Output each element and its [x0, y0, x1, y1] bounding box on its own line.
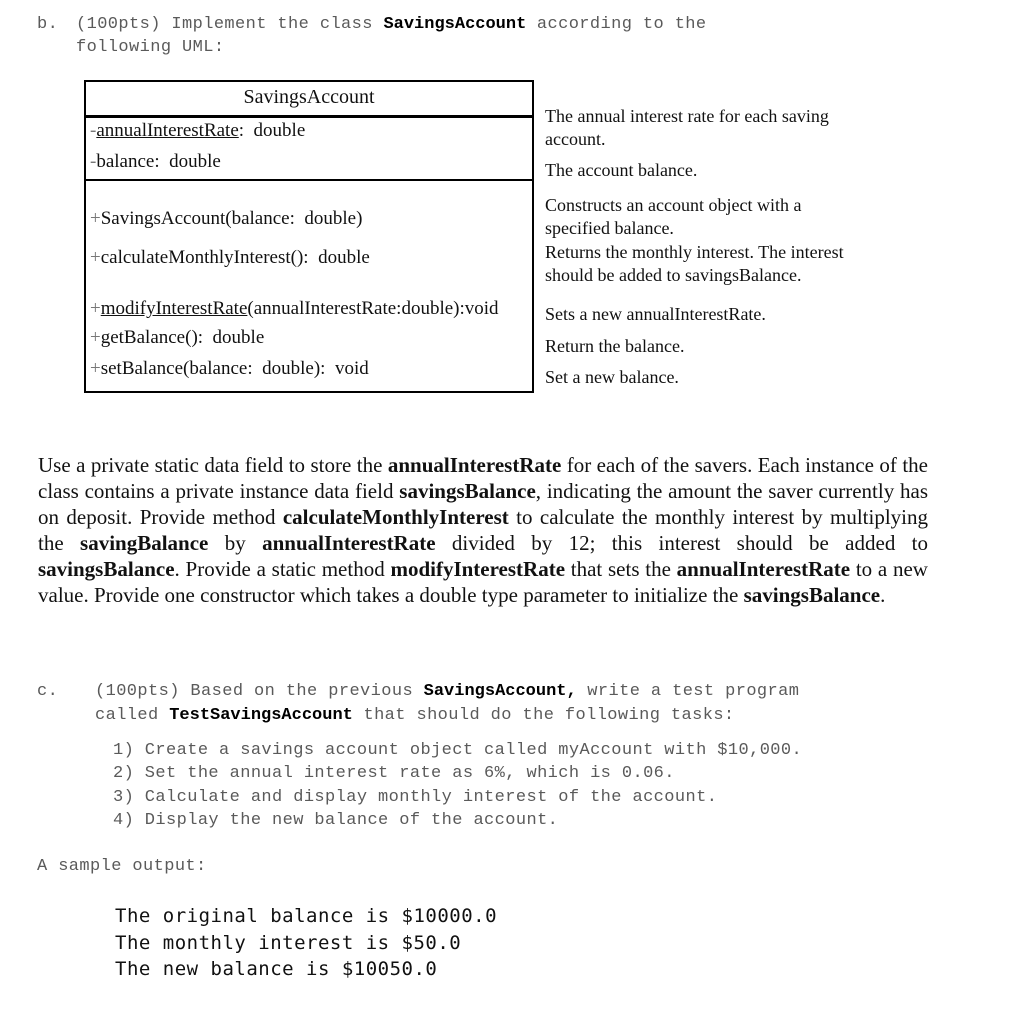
- uml-field: -annualInterestRate: double: [90, 120, 305, 142]
- uml-method-name: modifyInterestRate: [101, 298, 248, 319]
- sample-output-line: The new balance is $10050.0: [115, 958, 437, 980]
- uml-description: account.: [545, 128, 605, 151]
- uml-divider-name: [86, 115, 532, 118]
- visibility-public: +: [90, 208, 101, 229]
- uml-field-name: annualInterestRate: [96, 120, 238, 141]
- uml-class-name: SavingsAccount: [86, 86, 532, 109]
- section-c-prefix: (100pts) Based on the previous: [95, 682, 424, 701]
- visibility-public: +: [90, 358, 101, 379]
- section-b-suffix: according to the: [526, 15, 706, 34]
- paragraph-text: .: [880, 583, 885, 607]
- uml-description: Returns the monthly interest. The intere…: [545, 241, 844, 264]
- class-name-bold: SavingsAccount,: [424, 682, 577, 701]
- section-c-suffix: write a test program: [577, 682, 800, 701]
- sample-output-line: The monthly interest is $50.0: [115, 932, 461, 954]
- uml-method-signature: setBalance(balance: double): void: [101, 358, 369, 379]
- uml-method-signature: getBalance(): double: [101, 327, 265, 348]
- task-item: 3) Calculate and display monthly interes…: [113, 788, 717, 807]
- bold-term: modifyInterestRate: [390, 557, 565, 581]
- bold-term: annualInterestRate: [388, 453, 561, 477]
- bold-term: annualInterestRate: [677, 557, 850, 581]
- section-b-prefix: (100pts) Implement the class: [76, 15, 383, 34]
- bold-term: savingsBalance: [399, 479, 536, 503]
- task-item: 1) Create a savings account object calle…: [113, 741, 802, 760]
- uml-description: specified balance.: [545, 217, 674, 240]
- uml-method: +getBalance(): double: [90, 327, 264, 349]
- bold-term: savingsBalance: [38, 557, 175, 581]
- uml-method: +SavingsAccount(balance: double): [90, 208, 362, 230]
- uml-field-type: : double: [154, 151, 221, 172]
- class-name-bold: SavingsAccount: [383, 15, 526, 34]
- uml-description: should be added to savingsBalance.: [545, 264, 801, 287]
- visibility-public: +: [90, 247, 101, 268]
- section-c-suffix2: that should do the following tasks:: [353, 706, 735, 725]
- paragraph-text: that sets the: [565, 557, 677, 581]
- uml-class-diagram: SavingsAccount -annualInterestRate: doub…: [84, 80, 534, 393]
- bold-term: savingsBalance: [744, 583, 881, 607]
- sample-output-line: The original balance is $10000.0: [115, 905, 497, 927]
- uml-description: Constructs an account object with a: [545, 194, 801, 217]
- uml-method: +modifyInterestRate(annualInterestRate:d…: [90, 298, 499, 320]
- uml-description: Sets a new annualInterestRate.: [545, 303, 766, 326]
- uml-description: The account balance.: [545, 159, 697, 182]
- uml-field-type: : double: [239, 120, 306, 141]
- section-b-heading: (100pts) Implement the class SavingsAcco…: [76, 15, 707, 34]
- visibility-public: +: [90, 298, 101, 319]
- bold-term: calculateMonthlyInterest: [283, 505, 509, 529]
- bold-term: annualInterestRate: [262, 531, 435, 555]
- uml-divider-fields: [86, 179, 532, 181]
- uml-description: Return the balance.: [545, 335, 684, 358]
- uml-field: -balance: double: [90, 151, 221, 173]
- sample-output-label: A sample output:: [37, 857, 207, 876]
- section-c-label: c.: [37, 682, 58, 701]
- task-item: 4) Display the new balance of the accoun…: [113, 811, 558, 830]
- section-c-heading-line2: called TestSavingsAccount that should do…: [95, 706, 735, 725]
- uml-field-name: balance: [96, 151, 154, 172]
- uml-description: The annual interest rate for each saving: [545, 105, 829, 128]
- bold-term: savingBalance: [80, 531, 208, 555]
- requirements-paragraph: Use a private static data field to store…: [38, 452, 928, 608]
- uml-method-signature: SavingsAccount(balance: double): [101, 208, 363, 229]
- section-c-prefix2: called: [95, 706, 169, 725]
- uml-method: +setBalance(balance: double): void: [90, 358, 369, 380]
- paragraph-text: Use a private static data field to store…: [38, 453, 388, 477]
- uml-description: Set a new balance.: [545, 366, 679, 389]
- paragraph-text: . Provide a static method: [175, 557, 391, 581]
- paragraph-text: by: [208, 531, 262, 555]
- uml-method: +calculateMonthlyInterest(): double: [90, 247, 370, 269]
- section-b-label: b.: [37, 15, 58, 34]
- task-item: 2) Set the annual interest rate as 6%, w…: [113, 764, 675, 783]
- uml-method-params: (annualInterestRate:double):void: [247, 298, 498, 319]
- uml-method-signature: calculateMonthlyInterest(): double: [101, 247, 370, 268]
- test-class-name-bold: TestSavingsAccount: [169, 706, 353, 725]
- paragraph-text: divided by 12; this interest should be a…: [436, 531, 928, 555]
- section-b-heading-line2: following UML:: [76, 38, 224, 57]
- visibility-public: +: [90, 327, 101, 348]
- section-c-heading: (100pts) Based on the previous SavingsAc…: [95, 682, 799, 701]
